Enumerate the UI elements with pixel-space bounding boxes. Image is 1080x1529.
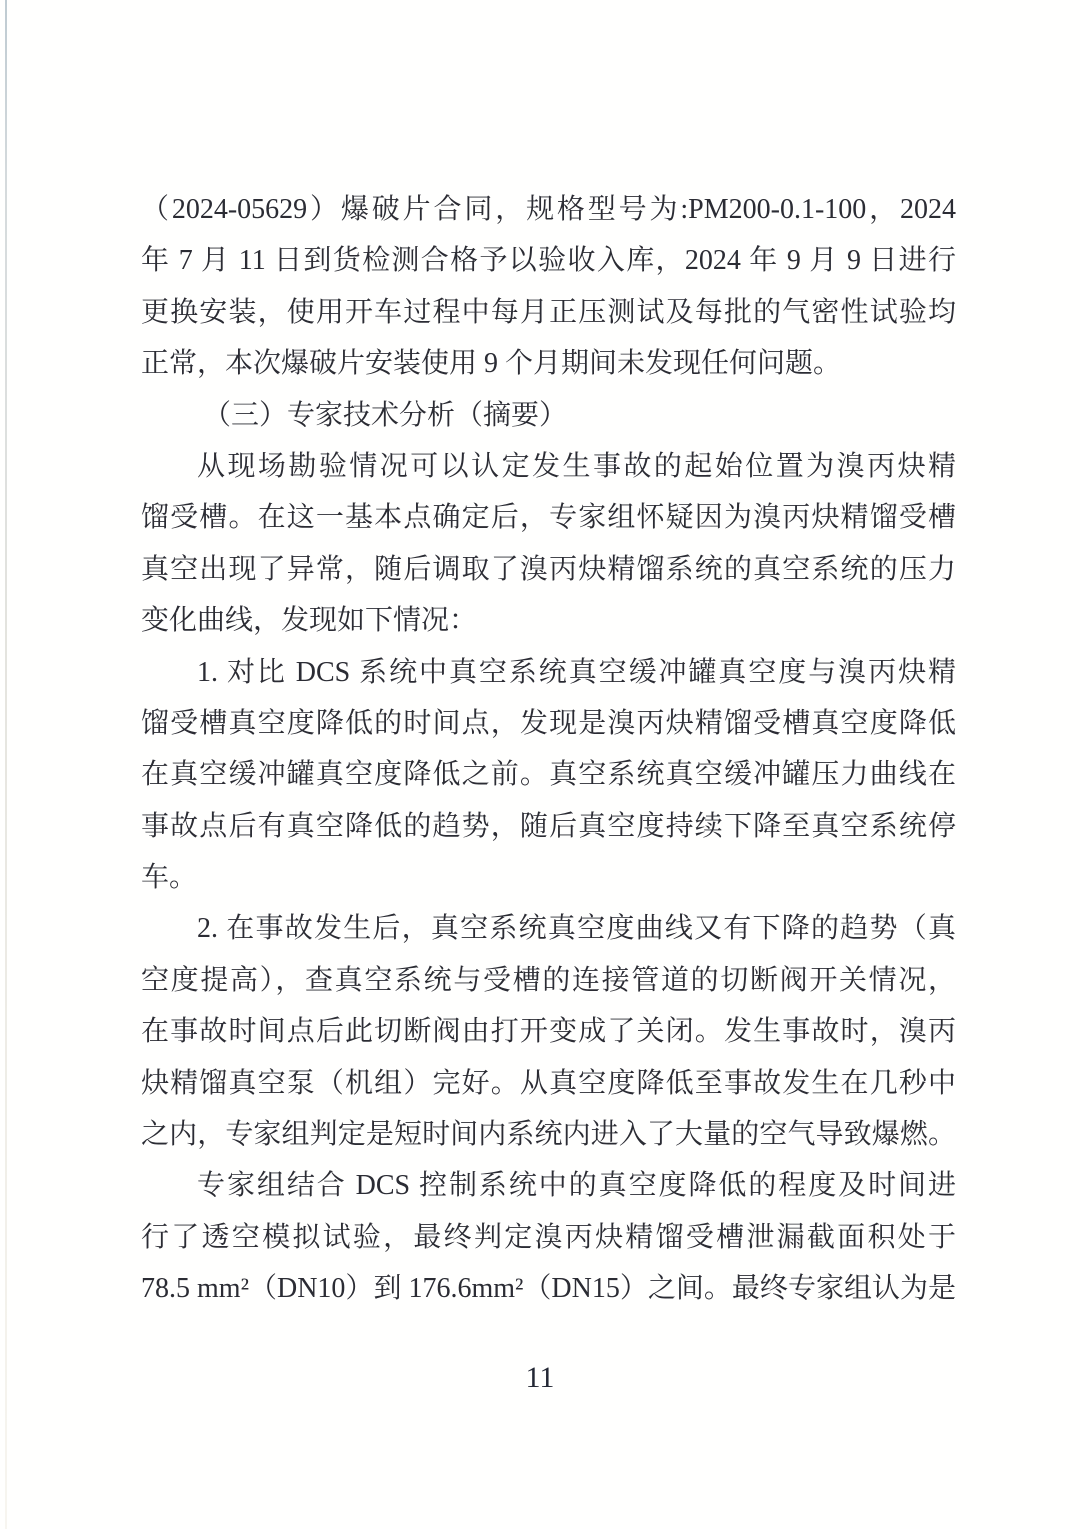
text-line: 年 7 月 11 日到货检测合格予以验收入库，2024 年 9 月 9 日进行 bbox=[141, 235, 956, 286]
text-line: 正常，本次爆破片安装使用 9 个月期间未发现任何问题。 bbox=[141, 338, 956, 389]
text-line: 在真空缓冲罐真空度降低之前。真空系统真空缓冲罐压力曲线在 bbox=[141, 749, 956, 800]
text-line: 炔精馏真空泵（机组）完好。从真空度降低至事故发生在几秒中 bbox=[141, 1058, 956, 1109]
section-heading: （三）专家技术分析（摘要） bbox=[141, 390, 956, 441]
text-line: 78.5 mm²（DN10）到 176.6mm²（DN15）之间。最终专家组认为… bbox=[141, 1263, 956, 1314]
text-line: 1. 对比 DCS 系统中真空系统真空缓冲罐真空度与溴丙炔精 bbox=[141, 647, 956, 698]
text-line: 馏受槽。在这一基本点确定后，专家组怀疑因为溴丙炔精馏受槽 bbox=[141, 492, 956, 543]
text-line: 之内，专家组判定是短时间内系统内进入了大量的空气导致爆燃。 bbox=[141, 1109, 956, 1160]
text-line: 馏受槽真空度降低的时间点，发现是溴丙炔精馏受槽真空度降低 bbox=[141, 698, 956, 749]
text-line: 事故点后有真空降低的趋势，随后真空度持续下降至真空系统停 bbox=[141, 801, 956, 852]
text-line: 从现场勘验情况可以认定发生事故的起始位置为溴丙炔精 bbox=[141, 441, 956, 492]
text-line: 专家组结合 DCS 控制系统中的真空度降低的程度及时间进 bbox=[141, 1160, 956, 1211]
text-line: 真空出现了异常，随后调取了溴丙炔精馏系统的真空系统的压力 bbox=[141, 544, 956, 595]
text-line: 车。 bbox=[141, 852, 956, 903]
text-line: 在事故时间点后此切断阀由打开变成了关闭。发生事故时，溴丙 bbox=[141, 1006, 956, 1057]
text-line: （2024-05629）爆破片合同，规格型号为:PM200-0.1-100，20… bbox=[141, 184, 956, 235]
text-line: 更换安装，使用开车过程中每月正压测试及每批的气密性试验均 bbox=[141, 287, 956, 338]
page-number: 11 bbox=[0, 1358, 1080, 1398]
document-body: （2024-05629）爆破片合同，规格型号为:PM200-0.1-100，20… bbox=[141, 184, 956, 1315]
page-edge-line bbox=[5, 0, 7, 1529]
document-page: （2024-05629）爆破片合同，规格型号为:PM200-0.1-100，20… bbox=[0, 0, 1080, 1529]
text-line: 2. 在事故发生后，真空系统真空度曲线又有下降的趋势（真 bbox=[141, 903, 956, 954]
text-line: 空度提高），查真空系统与受槽的连接管道的切断阀开关情况， bbox=[141, 955, 956, 1006]
text-line: 行了透空模拟试验，最终判定溴丙炔精馏受槽泄漏截面积处于 bbox=[141, 1212, 956, 1263]
text-line: 变化曲线，发现如下情况： bbox=[141, 595, 956, 646]
